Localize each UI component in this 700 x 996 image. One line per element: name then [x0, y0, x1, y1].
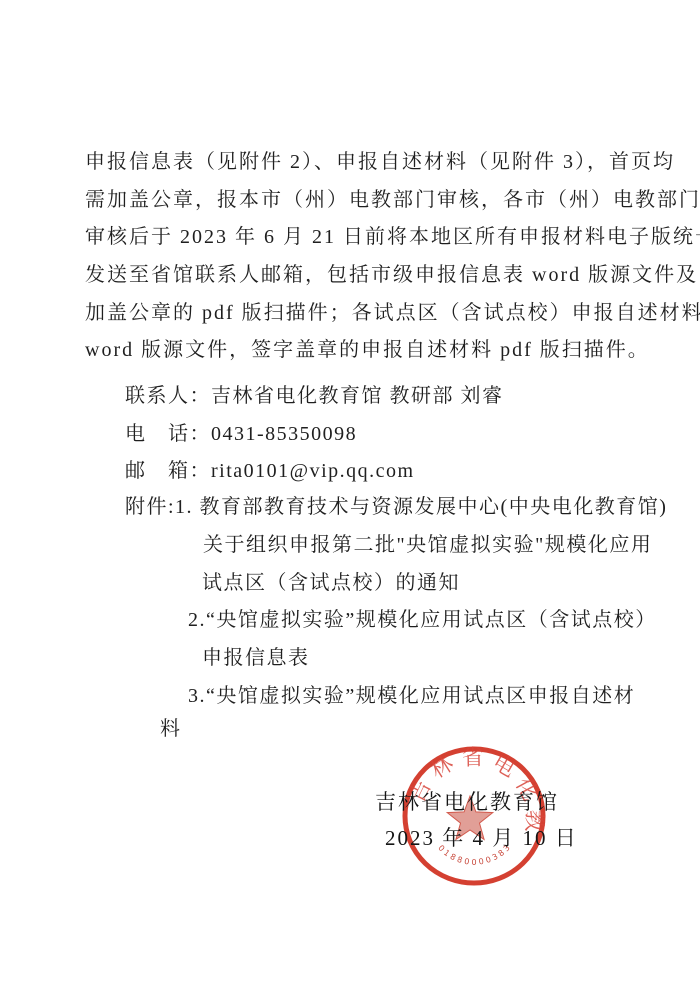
signature-date: 2023 年 4 月 10 日 [385, 825, 578, 851]
attachment-line: 申报信息表 [202, 645, 310, 671]
signature-organization: 吉林省电化教育馆 [375, 789, 559, 815]
paragraph-line: 发送至省馆联系人邮箱，包括市级申报信息表 word 版源文件及 [85, 262, 698, 288]
paragraph-line: word 版源文件，签字盖章的申报自述材料 pdf 版扫描件。 [85, 337, 650, 363]
attachment-line: 附件:1. 教育部教育技术与资源发展中心(中央电化教育馆) [125, 494, 667, 520]
paragraph-line: 审核后于 2023 年 6 月 21 日前将本地区所有申报材料电子版统一 [85, 224, 700, 250]
contact-phone-line: 电 话：0431-85350098 [125, 421, 357, 447]
attachment-line: 料 [160, 716, 182, 742]
contact-email-line: 邮 箱：rita0101@vip.qq.com [125, 458, 415, 484]
attachment-line: 试点区（含试点校）的通知 [202, 570, 460, 596]
attachment-line: 关于组织申报第二批"央馆虚拟实验"规模化应用 [203, 532, 652, 558]
attachment-line: 3.“央馆虚拟实验”规模化应用试点区申报自述材 [188, 683, 635, 709]
attachment-line: 2.“央馆虚拟实验”规模化应用试点区（含试点校） [188, 607, 657, 633]
contact-person-line: 联系人：吉林省电化教育馆 教研部 刘睿 [125, 383, 504, 409]
official-seal: 吉林省电化教育馆 01880000383 [398, 744, 550, 892]
paragraph-line: 申报信息表（见附件 2）、申报自述材料（见附件 3），首页均 [85, 149, 675, 175]
document-page: 申报信息表（见附件 2）、申报自述材料（见附件 3），首页均 需加盖公章，报本市… [0, 0, 700, 996]
paragraph-line: 需加盖公章，报本市（州）电教部门审核，各市（州）电教部门 [85, 187, 700, 213]
paragraph-line: 加盖公章的 pdf 版扫描件；各试点区（含试点校）申报自述材料 [85, 300, 700, 326]
